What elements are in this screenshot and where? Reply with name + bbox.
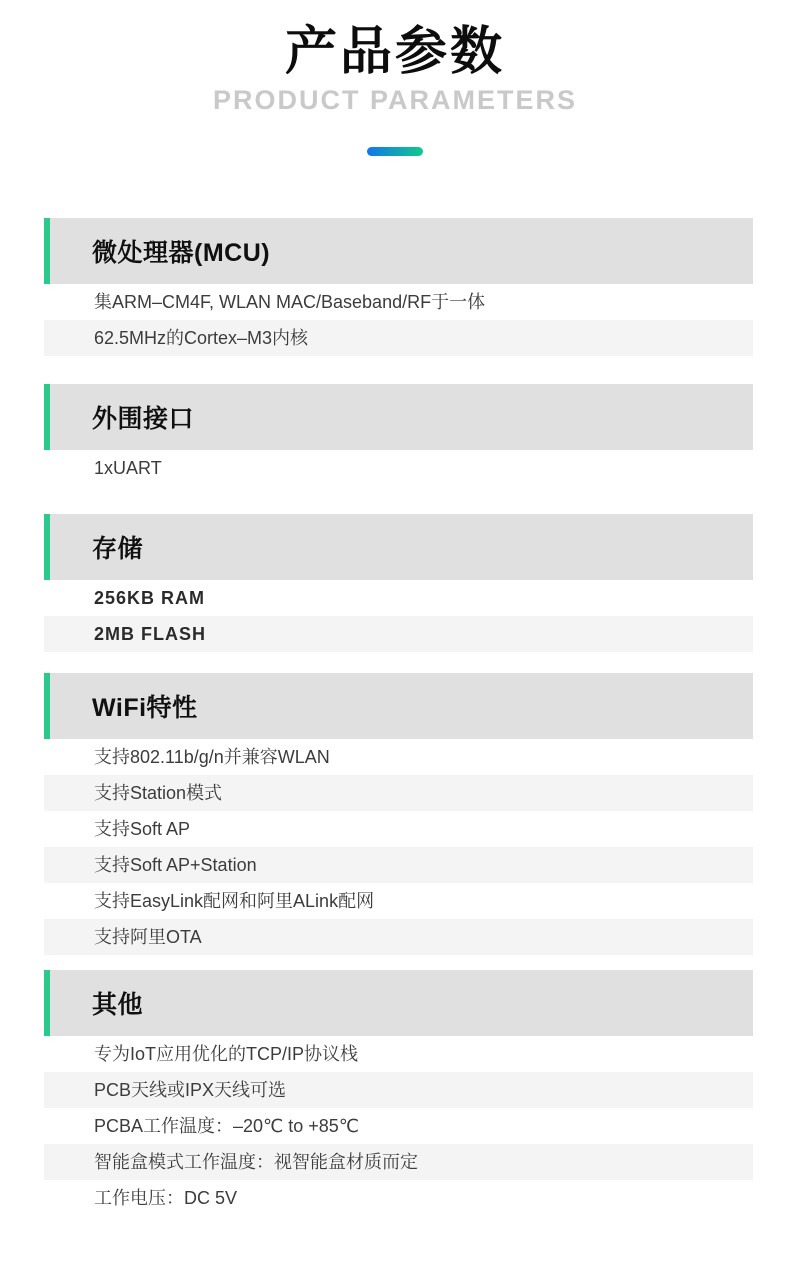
product-parameters-page: { "header": { "title": "产品参数", "subtitle… bbox=[0, 0, 790, 1265]
spec-row: 支持阿里OTA bbox=[44, 919, 753, 955]
section-title: 微处理器(MCU) bbox=[92, 233, 270, 269]
section-rows: 256KB RAM2MB FLASH bbox=[44, 580, 753, 652]
spec-row: 智能盒模式工作温度：视智能盒材质而定 bbox=[44, 1144, 753, 1180]
spec-row: PCB天线或IPX天线可选 bbox=[44, 1072, 753, 1108]
section-title: 外围接口 bbox=[92, 399, 194, 435]
spec-section: WiFi特性 支持802.11b/g/n并兼容WLAN支持Station模式支持… bbox=[44, 673, 753, 955]
spec-row: 256KB RAM bbox=[44, 580, 753, 616]
spec-row: 工作电压：DC 5V bbox=[44, 1180, 753, 1216]
section-title: 存储 bbox=[92, 529, 143, 565]
section-rows: 专为IoT应用优化的TCP/IP协议栈PCB天线或IPX天线可选PCBA工作温度… bbox=[44, 1036, 753, 1216]
spec-row: 支持802.11b/g/n并兼容WLAN bbox=[44, 739, 753, 775]
sections: 微处理器(MCU) 集ARM–CM4F, WLAN MAC/Baseband/R… bbox=[44, 218, 753, 1216]
section-header: 微处理器(MCU) bbox=[44, 218, 753, 284]
spec-row: 集ARM–CM4F, WLAN MAC/Baseband/RF于一体 bbox=[44, 284, 753, 320]
gradient-divider-bar bbox=[367, 147, 423, 156]
page-header: 产品参数 PRODUCT PARAMETERS bbox=[0, 0, 790, 156]
spec-row: 62.5MHz的Cortex–M3内核 bbox=[44, 320, 753, 356]
spec-row: 1xUART bbox=[44, 450, 753, 486]
section-rows: 支持802.11b/g/n并兼容WLAN支持Station模式支持Soft AP… bbox=[44, 739, 753, 955]
spec-row: PCBA工作温度：–20℃ to +85℃ bbox=[44, 1108, 753, 1144]
section-rows: 集ARM–CM4F, WLAN MAC/Baseband/RF于一体62.5MH… bbox=[44, 284, 753, 356]
section-header: WiFi特性 bbox=[44, 673, 753, 739]
spec-row: 专为IoT应用优化的TCP/IP协议栈 bbox=[44, 1036, 753, 1072]
spec-row: 2MB FLASH bbox=[44, 616, 753, 652]
section-title: WiFi特性 bbox=[92, 688, 198, 724]
spec-row: 支持Soft AP bbox=[44, 811, 753, 847]
spec-row: 支持Soft AP+Station bbox=[44, 847, 753, 883]
spec-section: 微处理器(MCU) 集ARM–CM4F, WLAN MAC/Baseband/R… bbox=[44, 218, 753, 356]
section-header: 外围接口 bbox=[44, 384, 753, 450]
page-subtitle: PRODUCT PARAMETERS bbox=[0, 84, 790, 116]
section-header: 其他 bbox=[44, 970, 753, 1036]
section-title: 其他 bbox=[92, 985, 143, 1021]
spec-row: 支持Station模式 bbox=[44, 775, 753, 811]
section-header: 存储 bbox=[44, 514, 753, 580]
spec-row: 支持EasyLink配网和阿里ALink配网 bbox=[44, 883, 753, 919]
spec-section: 其他 专为IoT应用优化的TCP/IP协议栈PCB天线或IPX天线可选PCBA工… bbox=[44, 970, 753, 1216]
section-rows: 1xUART bbox=[44, 450, 753, 486]
page-title: 产品参数 bbox=[0, 22, 790, 82]
spec-section: 外围接口 1xUART bbox=[44, 384, 753, 486]
spec-section: 存储 256KB RAM2MB FLASH bbox=[44, 514, 753, 652]
